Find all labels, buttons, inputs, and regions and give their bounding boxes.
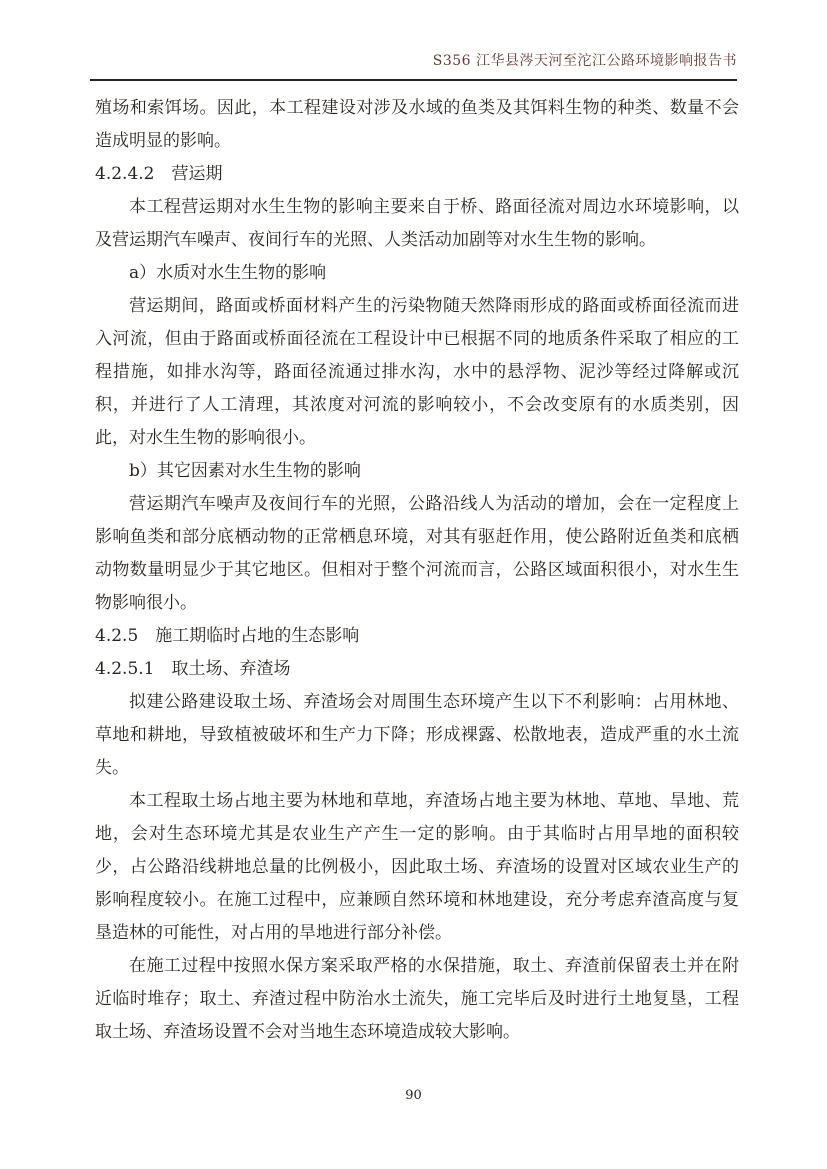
paragraph: 在施工过程中按照水保方案采取严格的水保措施，取土、弃渣前保留表土并在附近临时堆存…	[95, 950, 739, 1049]
paragraph: 本工程取土场占地主要为林地和草地，弃渣场占地主要为林地、草地、旱地、荒地，会对生…	[95, 785, 739, 950]
heading-4-2-5: 4.2.5 施工期临时占地的生态影响	[95, 620, 739, 653]
page-header: S356 江华县涔天河至沱江公路环境影响报告书	[90, 50, 737, 81]
paragraph: 营运期间，路面或桥面材料产生的污染物随天然降雨形成的路面或桥面径流而进入河流，但…	[95, 290, 739, 455]
document-page: S356 江华县涔天河至沱江公路环境影响报告书 殖场和索饵场。因此，本工程建设对…	[0, 0, 827, 1169]
list-item-a: a）水质对水生生物的影响	[95, 257, 739, 290]
running-head-title: S356 江华县涔天河至沱江公路环境影响报告书	[90, 50, 737, 72]
heading-4-2-4-2: 4.2.4.2 营运期	[95, 158, 739, 191]
page-number: 90	[0, 1088, 827, 1103]
paragraph: 营运期汽车噪声及夜间行车的光照，公路沿线人为活动的增加，会在一定程度上影响鱼类和…	[95, 488, 739, 620]
paragraph-continuation: 殖场和索饵场。因此，本工程建设对涉及水域的鱼类及其饵料生物的种类、数量不会造成明…	[95, 92, 739, 158]
list-item-b: b）其它因素对水生生物的影响	[95, 455, 739, 488]
heading-4-2-5-1: 4.2.5.1 取土场、弃渣场	[95, 653, 739, 686]
header-rule	[90, 79, 737, 81]
paragraph: 拟建公路建设取土场、弃渣场会对周围生态环境产生以下不利影响：占用林地、草地和耕地…	[95, 686, 739, 785]
paragraph: 本工程营运期对水生生物的影响主要来自于桥、路面径流对周边水环境影响，以及营运期汽…	[95, 191, 739, 257]
document-body: 殖场和索饵场。因此，本工程建设对涉及水域的鱼类及其饵料生物的种类、数量不会造成明…	[95, 92, 739, 1049]
